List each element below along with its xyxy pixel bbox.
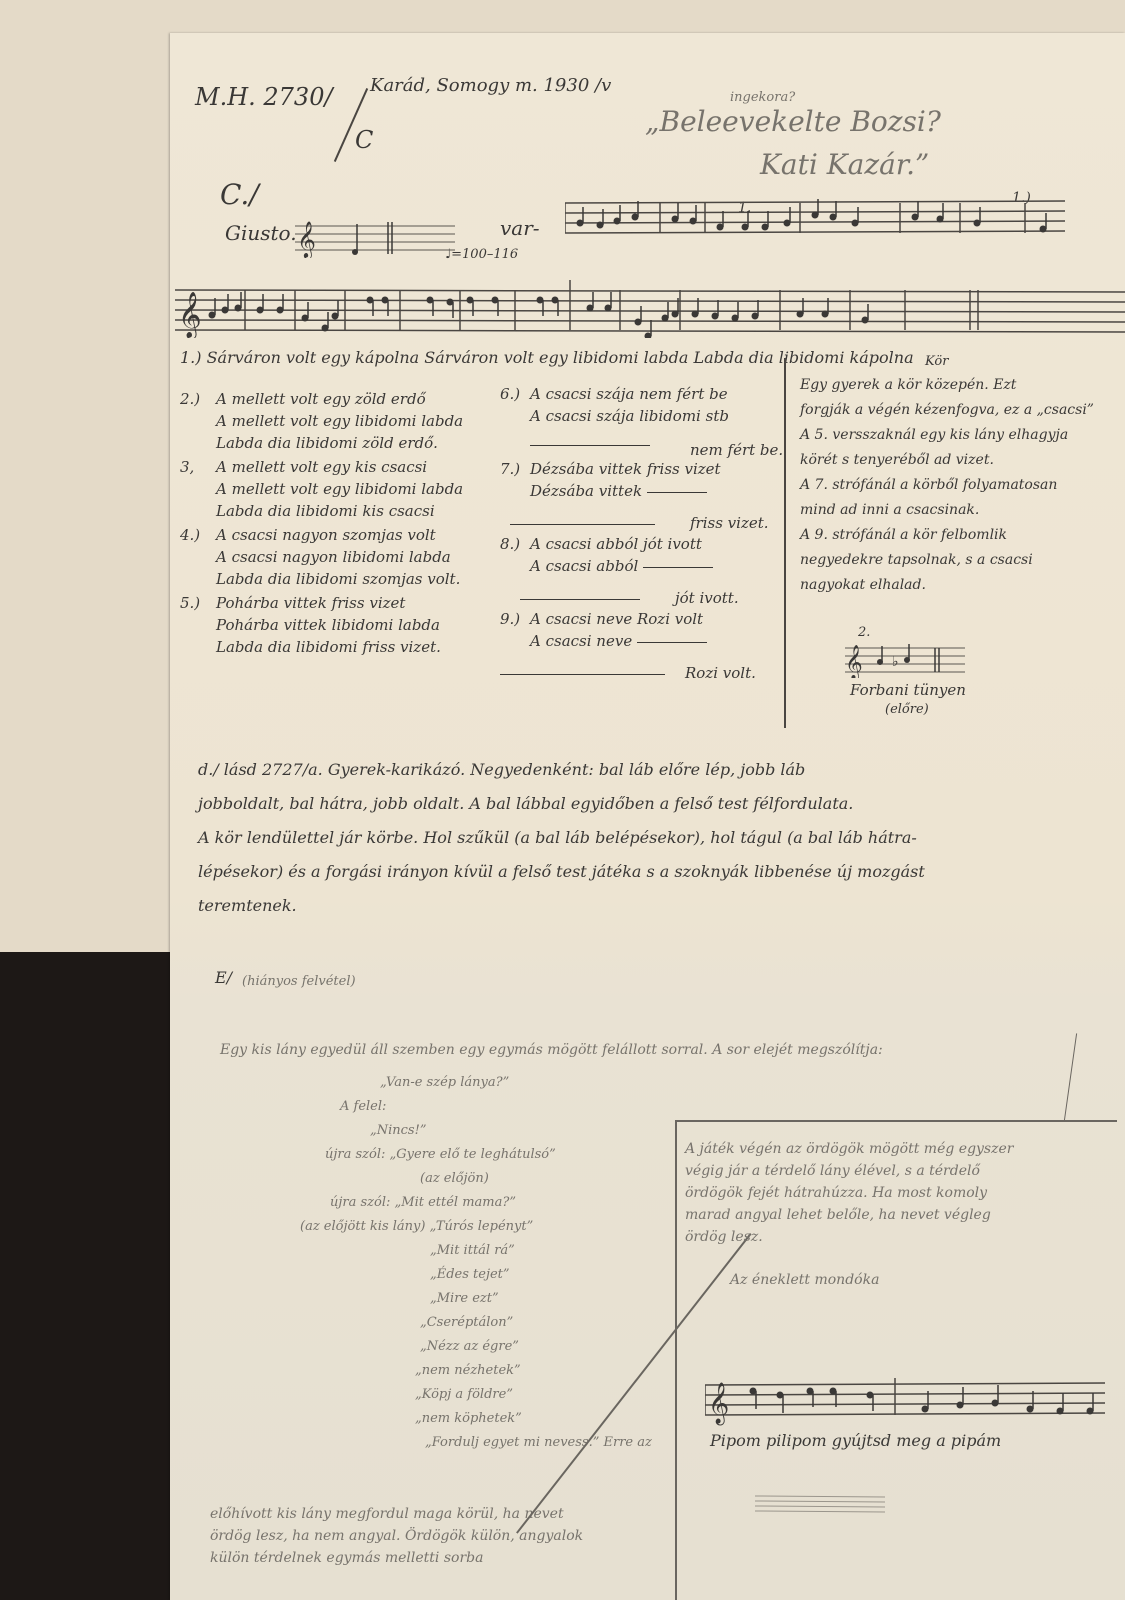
song-lyric: Pipom pilipom gyújtsd meg a pipám <box>710 1433 1001 1449</box>
svg-text:𝄞: 𝄞 <box>708 1382 729 1425</box>
svg-text:♭: ♭ <box>892 654 899 670</box>
box-text: A játék végén az ördögök mögött még egys… <box>685 1138 1013 1248</box>
svg-text:𝄞: 𝄞 <box>297 220 316 258</box>
tempo-marking: Giusto. <box>225 223 297 243</box>
main-melody-staff: 𝄞 <box>170 278 1125 338</box>
variant-staff <box>565 193 1065 243</box>
metronome-marking: ♩=100–116 <box>445 248 518 261</box>
section-e-intro: Egy kis lány egyedül áll szemben egy egy… <box>220 1043 883 1057</box>
column-divider <box>784 358 786 728</box>
repeat-blank <box>500 674 665 675</box>
variant-caption-2: (előre) <box>885 703 929 716</box>
repeat-blank <box>510 524 655 525</box>
variant-2-staff: 𝄞 ♭ <box>845 638 965 678</box>
song-intro: Az éneklett mondóka <box>730 1273 879 1287</box>
bracket-mark <box>1064 1033 1077 1120</box>
section-e-label: E/ <box>215 970 232 986</box>
section-e-closing: előhívott kis lány megfordul maga körül,… <box>210 1503 583 1569</box>
section-d-text: d./ lásd 2727/a. Gyerek-karikázó. Negyed… <box>198 753 925 923</box>
dialogue: „Van-e szép lánya?” A felel: „Nincs!” új… <box>300 1071 652 1455</box>
verse-block-right: 6.) A csacsi szája nem fért beA csacsi s… <box>500 383 775 683</box>
title-line-2: Kati Kazár.” <box>760 151 929 179</box>
section-e-note: (hiányos felvétel) <box>242 975 356 988</box>
range-staff: 𝄞 <box>295 218 455 258</box>
section-c-label: C./ <box>220 181 259 209</box>
empty-staff-lines <box>755 1493 885 1513</box>
variant-caption: Forbani tünyen <box>850 683 966 698</box>
var-label: var- <box>500 218 540 238</box>
dance-notes: Egy gyerek a kör közepén. Ezt forgják a … <box>800 373 1094 598</box>
place-date: Karád, Somogy m. 1930 /v <box>370 77 611 95</box>
svg-text:𝄞: 𝄞 <box>178 292 202 338</box>
title-pencil-note: ingekora? <box>730 91 795 104</box>
svg-text:𝄞: 𝄞 <box>845 645 863 678</box>
repeat-blank <box>530 445 650 446</box>
catalog-number: M.H. 2730/ <box>195 85 333 109</box>
manuscript-sheet: M.H. 2730/ C Karád, Somogy m. 1930 /v in… <box>170 33 1125 1600</box>
verse-6: 6.) A csacsi szája nem fért beA csacsi s… <box>500 383 775 458</box>
dark-backing <box>0 952 172 1600</box>
verse-8: 8.) A csacsi abból jót ivottA csacsi abb… <box>500 533 775 608</box>
verse-7: 7.) Dézsába vittek friss vizetDézsába vi… <box>500 458 775 533</box>
catalog-letter: C <box>355 128 373 152</box>
verse-9: 9.) A csacsi neve Rozi voltA csacsi neve… <box>500 608 775 683</box>
mondoka-staff: 𝄞 <box>705 1373 1105 1428</box>
kor-note: Kör <box>925 355 948 368</box>
title-line-1: „Beleevekelte Bozsi? <box>645 108 941 136</box>
repeat-blank <box>520 599 640 600</box>
verse-1: 1.) Sárváron volt egy kápolna Sárváron v… <box>180 350 914 366</box>
